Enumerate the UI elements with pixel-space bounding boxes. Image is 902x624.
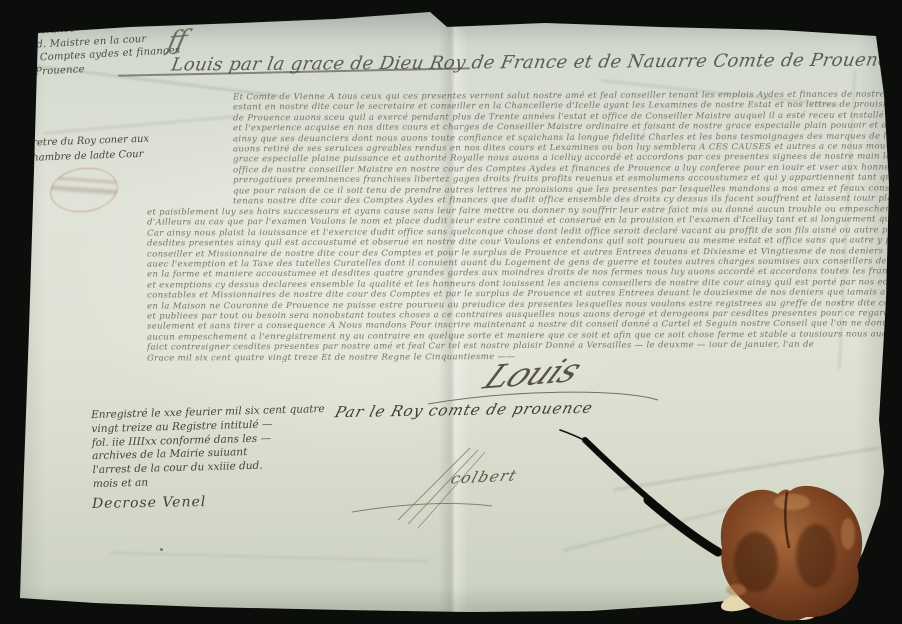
secretary-signature-colbert: colbert bbox=[449, 466, 520, 487]
parchment-tear-icon bbox=[560, 430, 588, 442]
crease bbox=[110, 552, 430, 562]
body-text-block-lower: et paisiblement luy ses hoirs successeur… bbox=[147, 206, 891, 362]
margin-note-side: Secretre du Roy coner auxla chambre de l… bbox=[14, 130, 205, 167]
dust-speck bbox=[160, 548, 163, 551]
paraph-line bbox=[352, 504, 492, 512]
parchment-tear-icon bbox=[585, 440, 712, 549]
body-text-block-upper: Et Comte de Vienne A tous ceux qui ces p… bbox=[233, 91, 891, 205]
registration-signature: Decrose Venel bbox=[92, 494, 207, 512]
countersign-par-le-roy: Par le Roy comte de prouence bbox=[333, 399, 595, 421]
crease bbox=[563, 499, 767, 552]
seal-tongue bbox=[788, 608, 816, 620]
red-ink-oval-stamp-icon bbox=[47, 163, 120, 216]
royal-heading-line: Louis par la grace de Dieu Roy de France… bbox=[170, 49, 894, 75]
crease bbox=[613, 447, 878, 491]
registration-note: Enregistré le xxe feurier mil six cent q… bbox=[91, 403, 331, 492]
parchment-document: Survivancecond. Maistre en la courdes Co… bbox=[0, 0, 902, 624]
photo-backdrop: Survivancecond. Maistre en la courdes Co… bbox=[0, 0, 902, 624]
